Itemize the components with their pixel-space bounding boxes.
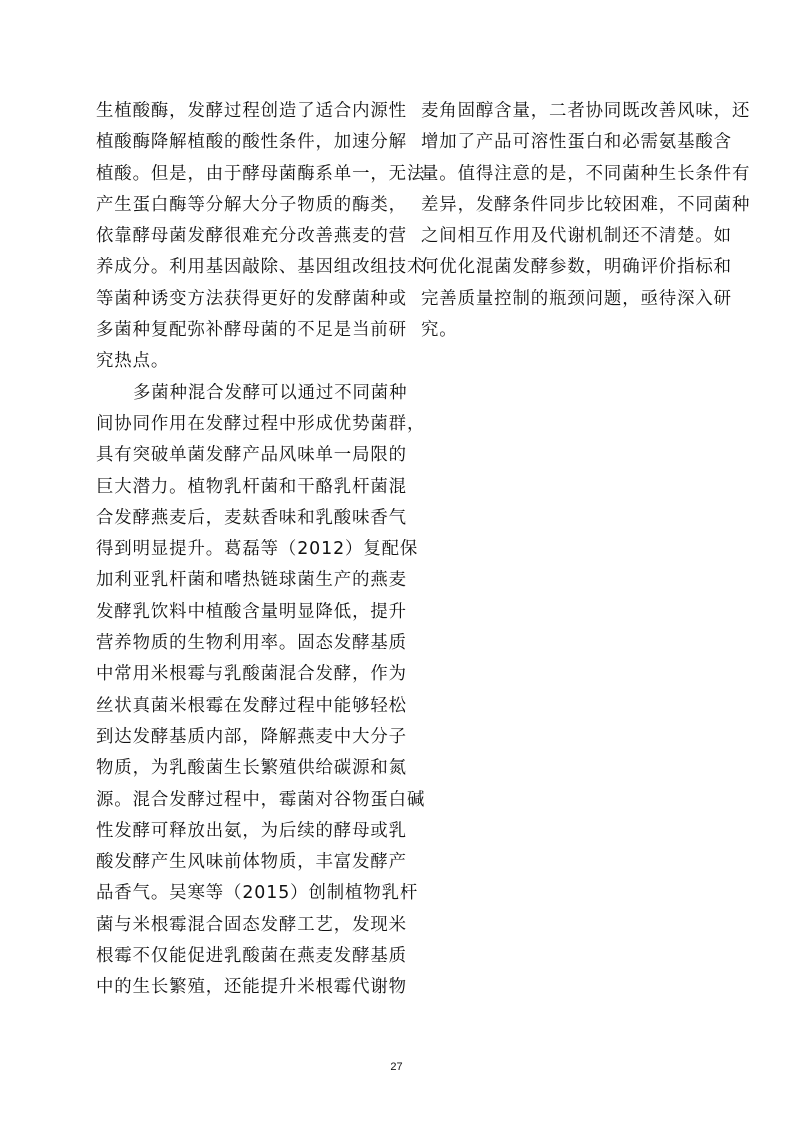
text-line: 多菌种复配弥补酵母菌的不足是当前研 <box>96 315 388 346</box>
text-line: 丝状真菌米根霉在发酵过程中能够轻松 <box>96 691 388 722</box>
text-line: 合发酵燕麦后，麦麸香味和乳酸味香气 <box>96 503 388 534</box>
text-line: 酸发酵产生风味前体物质，丰富发酵产 <box>96 847 388 878</box>
text-line: 之间相互作用及代谢机制还不清楚。如 <box>421 221 713 252</box>
text-line: 品香气。吴寒等（2015）创制植物乳杆 <box>96 878 388 909</box>
text-line: 菌与米根霉混合固态发酵工艺，发现米 <box>96 910 388 941</box>
text-line: 中常用米根霉与乳酸菌混合发酵，作为 <box>96 659 388 690</box>
text-line: 多菌种混合发酵可以通过不同菌种 <box>96 378 388 409</box>
text-line: 麦角固醇含量，二者协同既改善风味，还 <box>421 96 713 127</box>
text-line: 养成分。利用基因敲除、基因组改组技术 <box>96 252 388 283</box>
page-number: 27 <box>0 1061 793 1073</box>
text-line: 根霉不仅能促进乳酸菌在燕麦发酵基质 <box>96 941 388 972</box>
text-line: 营养物质的生物利用率。固态发酵基质 <box>96 628 388 659</box>
text-line: 性发酵可释放出氨，为后续的酵母或乳 <box>96 816 388 847</box>
text-line: 间协同作用在发酵过程中形成优势菌群， <box>96 409 388 440</box>
text-line: 加利亚乳杆菌和嗜热链球菌生产的燕麦 <box>96 565 388 596</box>
right-text-column: 麦角固醇含量，二者协同既改善风味，还增加了产品可溶性蛋白和必需氨基酸含量。值得注… <box>421 96 713 346</box>
text-line: 得到明显提升。葛磊等（2012）复配保 <box>96 534 388 565</box>
text-line: 何优化混菌发酵参数，明确评价指标和 <box>421 252 713 283</box>
text-line: 到达发酵基质内部，降解燕麦中大分子 <box>96 722 388 753</box>
text-line: 完善质量控制的瓶颈问题，亟待深入研 <box>421 284 713 315</box>
text-line: 量。值得注意的是，不同菌种生长条件有 <box>421 159 713 190</box>
text-line: 具有突破单菌发酵产品风味单一局限的 <box>96 440 388 471</box>
text-line: 生植酸酶，发酵过程创造了适合内源性 <box>96 96 388 127</box>
text-line: 巨大潜力。植物乳杆菌和干酪乳杆菌混 <box>96 472 388 503</box>
text-line: 发酵乳饮料中植酸含量明显降低，提升 <box>96 597 388 628</box>
text-line: 源。混合发酵过程中，霉菌对谷物蛋白碱 <box>96 785 388 816</box>
text-line: 增加了产品可溶性蛋白和必需氨基酸含 <box>421 127 713 158</box>
text-line: 产生蛋白酶等分解大分子物质的酶类， <box>96 190 388 221</box>
text-line: 植酸酶降解植酸的酸性条件，加速分解 <box>96 127 388 158</box>
text-line: 差异，发酵条件同步比较困难，不同菌种 <box>421 190 713 221</box>
text-line: 植酸。但是，由于酵母菌酶系单一，无法 <box>96 159 388 190</box>
text-line: 物质，为乳酸菌生长繁殖供给碳源和氮 <box>96 753 388 784</box>
text-line: 依靠酵母菌发酵很难充分改善燕麦的营 <box>96 221 388 252</box>
text-line: 究。 <box>421 315 713 346</box>
text-line: 等菌种诱变方法获得更好的发酵菌种或 <box>96 284 388 315</box>
left-text-column: 生植酸酶，发酵过程创造了适合内源性植酸酶降解植酸的酸性条件，加速分解植酸。但是，… <box>96 96 388 1004</box>
text-line: 究热点。 <box>96 346 388 377</box>
text-line: 中的生长繁殖，还能提升米根霉代谢物 <box>96 972 388 1003</box>
